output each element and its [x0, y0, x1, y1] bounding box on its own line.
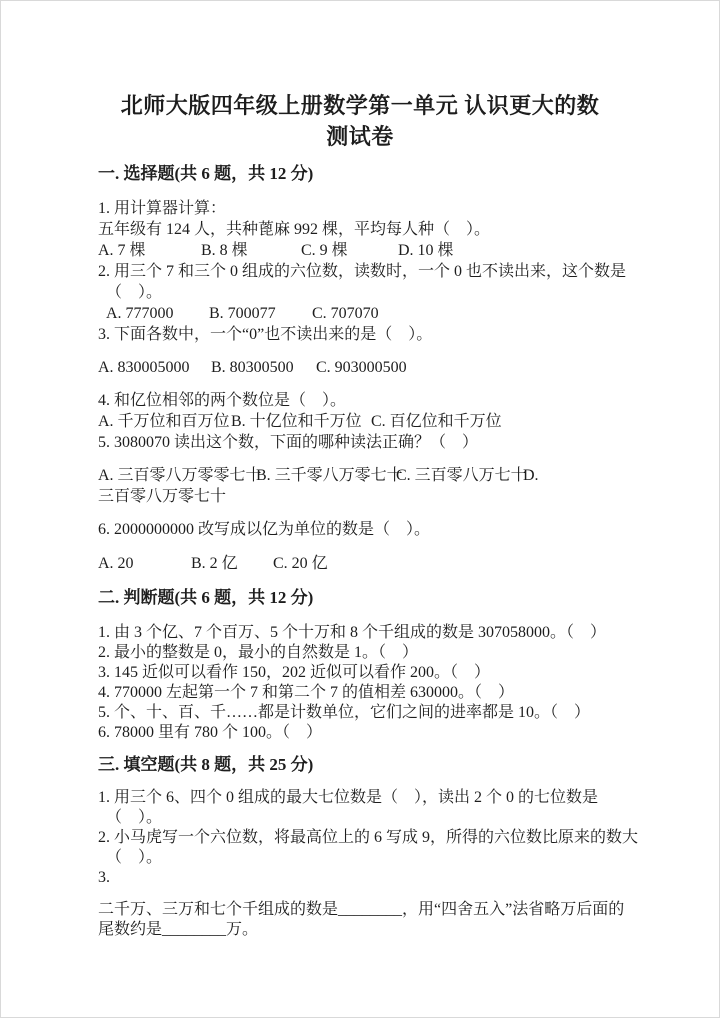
choice-q4-line-1: 4. 和亿位相邻的两个数位是（ ）。 — [98, 390, 622, 411]
choice-q1-option-d: D. 10 棵 — [398, 240, 454, 261]
choice-q4-option-b: B. 十亿位和千万位 — [231, 411, 371, 432]
choice-q2-options: A. 777000 B. 700077 C. 707070 — [98, 303, 622, 324]
fill-list: 1. 用三个 6、四个 0 组成的最大七位数是（ ），读出 2 个 0 的七位数… — [98, 788, 622, 940]
choice-q4-option-c: C. 百亿位和千万位 — [371, 411, 502, 432]
judge-item-3: 3. 145 近似可以看作 150，202 近似可以看作 200。（ ） — [98, 663, 622, 683]
choice-q1-option-b: B. 8 棵 — [201, 240, 301, 261]
page-body: 北师大版四年级上册数学第一单元 认识更大的数 测试卷 一. 选择题(共 6 题，… — [1, 1, 719, 940]
choice-q1-option-c: C. 9 棵 — [301, 240, 398, 261]
fill-q1-line-2: （ ）。 — [98, 808, 622, 828]
choice-q1-option-a: A. 7 棵 — [98, 240, 201, 261]
fill-q1-line-1: 1. 用三个 6、四个 0 组成的最大七位数是（ ），读出 2 个 0 的七位数… — [98, 788, 622, 808]
judge-item-2: 2. 最小的整数是 0，最小的自然数是 1。（ ） — [98, 643, 622, 663]
document-title: 北师大版四年级上册数学第一单元 认识更大的数 测试卷 — [98, 90, 622, 152]
choice-q2-option-a: A. 777000 — [106, 303, 209, 324]
choice-q6-option-a: A. 20 — [98, 553, 191, 574]
section-1-heading: 一. 选择题(共 6 题，共 12 分) — [98, 163, 622, 185]
choice-q1-line-2: 五年级有 124 人，共种蓖麻 992 棵，平均每人种（ ）。 — [98, 219, 622, 240]
choice-q2-line-2: （ ）。 — [98, 282, 622, 303]
choice-q5-options: A. 三百零八万零零七十 B. 三千零八万零七十 C. 三百零八万七十 D. — [98, 465, 622, 486]
section-3-heading: 三. 填空题(共 8 题，共 25 分) — [98, 754, 622, 776]
document-title-line-2: 测试卷 — [98, 121, 622, 152]
fill-q3-number: 3. — [98, 868, 622, 888]
choice-q3-options: A. 830005000 B. 80300500 C. 903000500 — [98, 357, 622, 378]
choice-q5-line-1: 5. 3080070 读出这个数，下面的哪种读法正确？（ ） — [98, 432, 622, 453]
choice-q5-option-b: B. 三千零八万零七十 — [256, 465, 396, 486]
judge-list: 1. 由 3 个亿、7 个百万、5 个十万和 8 个千组成的数是 3070580… — [98, 623, 622, 743]
test-paper-page: { "document": { "title_line1": "北师大版四年级上… — [0, 0, 720, 1018]
choice-q4-options: A. 千万位和百万位 B. 十亿位和千万位 C. 百亿位和千万位 — [98, 411, 622, 432]
choice-q2-option-b: B. 700077 — [209, 303, 312, 324]
fill-q2-line-1: 2. 小马虎写一个六位数，将最高位上的 6 写成 9，所得的六位数比原来的数大 — [98, 828, 622, 848]
choice-q2-line-1: 2. 用三个 7 和三个 0 组成的六位数，读数时，一个 0 也不读出来，这个数… — [98, 261, 622, 282]
choice-q2-option-c: C. 707070 — [312, 303, 379, 324]
choice-q6-option-c: C. 20 亿 — [273, 553, 328, 574]
choice-q4-option-a: A. 千万位和百万位 — [98, 411, 231, 432]
judge-item-4: 4. 770000 左起第一个 7 和第二个 7 的值相差 630000。（ ） — [98, 683, 622, 703]
choice-q1-line-1: 1. 用计算器计算： — [98, 198, 622, 219]
fill-q3-line-2: 尾数约是________万。 — [98, 920, 622, 940]
choice-q6-option-b: B. 2 亿 — [191, 553, 273, 574]
judge-item-5: 5. 个、十、百、千……都是计数单位，它们之间的进率都是 10。（ ） — [98, 703, 622, 723]
choice-q3-option-a: A. 830005000 — [98, 357, 211, 378]
choice-q3-option-b: B. 80300500 — [211, 357, 316, 378]
fill-q3-line-1: 二千万、三万和七个千组成的数是________，用“四舍五入”法省略万后面的 — [98, 900, 622, 920]
judge-item-6: 6. 78000 里有 780 个 100。（ ） — [98, 723, 622, 743]
choice-q6-line-1: 6. 2000000000 改写成以亿为单位的数是（ ）。 — [98, 519, 622, 540]
section-2-heading: 二. 判断题(共 6 题，共 12 分) — [98, 587, 622, 609]
judge-item-1: 1. 由 3 个亿、7 个百万、5 个十万和 8 个千组成的数是 3070580… — [98, 623, 622, 643]
choice-q3-line-1: 3. 下面各数中，一个“0”也不读出来的是（ ）。 — [98, 324, 622, 345]
choice-q5-option-d-continuation: 三百零八万零七十 — [98, 486, 622, 507]
fill-q2-line-2: （ ）。 — [98, 848, 622, 868]
choice-q5-option-d: D. — [523, 465, 539, 486]
choice-q1-options: A. 7 棵 B. 8 棵 C. 9 棵 D. 10 棵 — [98, 240, 622, 261]
choice-q5-option-a: A. 三百零八万零零七十 — [98, 465, 256, 486]
document-title-line-1: 北师大版四年级上册数学第一单元 认识更大的数 — [98, 90, 622, 121]
choice-q6-options: A. 20 B. 2 亿 C. 20 亿 — [98, 553, 622, 574]
choice-q5-option-c: C. 三百零八万七十 — [396, 465, 523, 486]
choice-q3-option-c: C. 903000500 — [316, 357, 407, 378]
